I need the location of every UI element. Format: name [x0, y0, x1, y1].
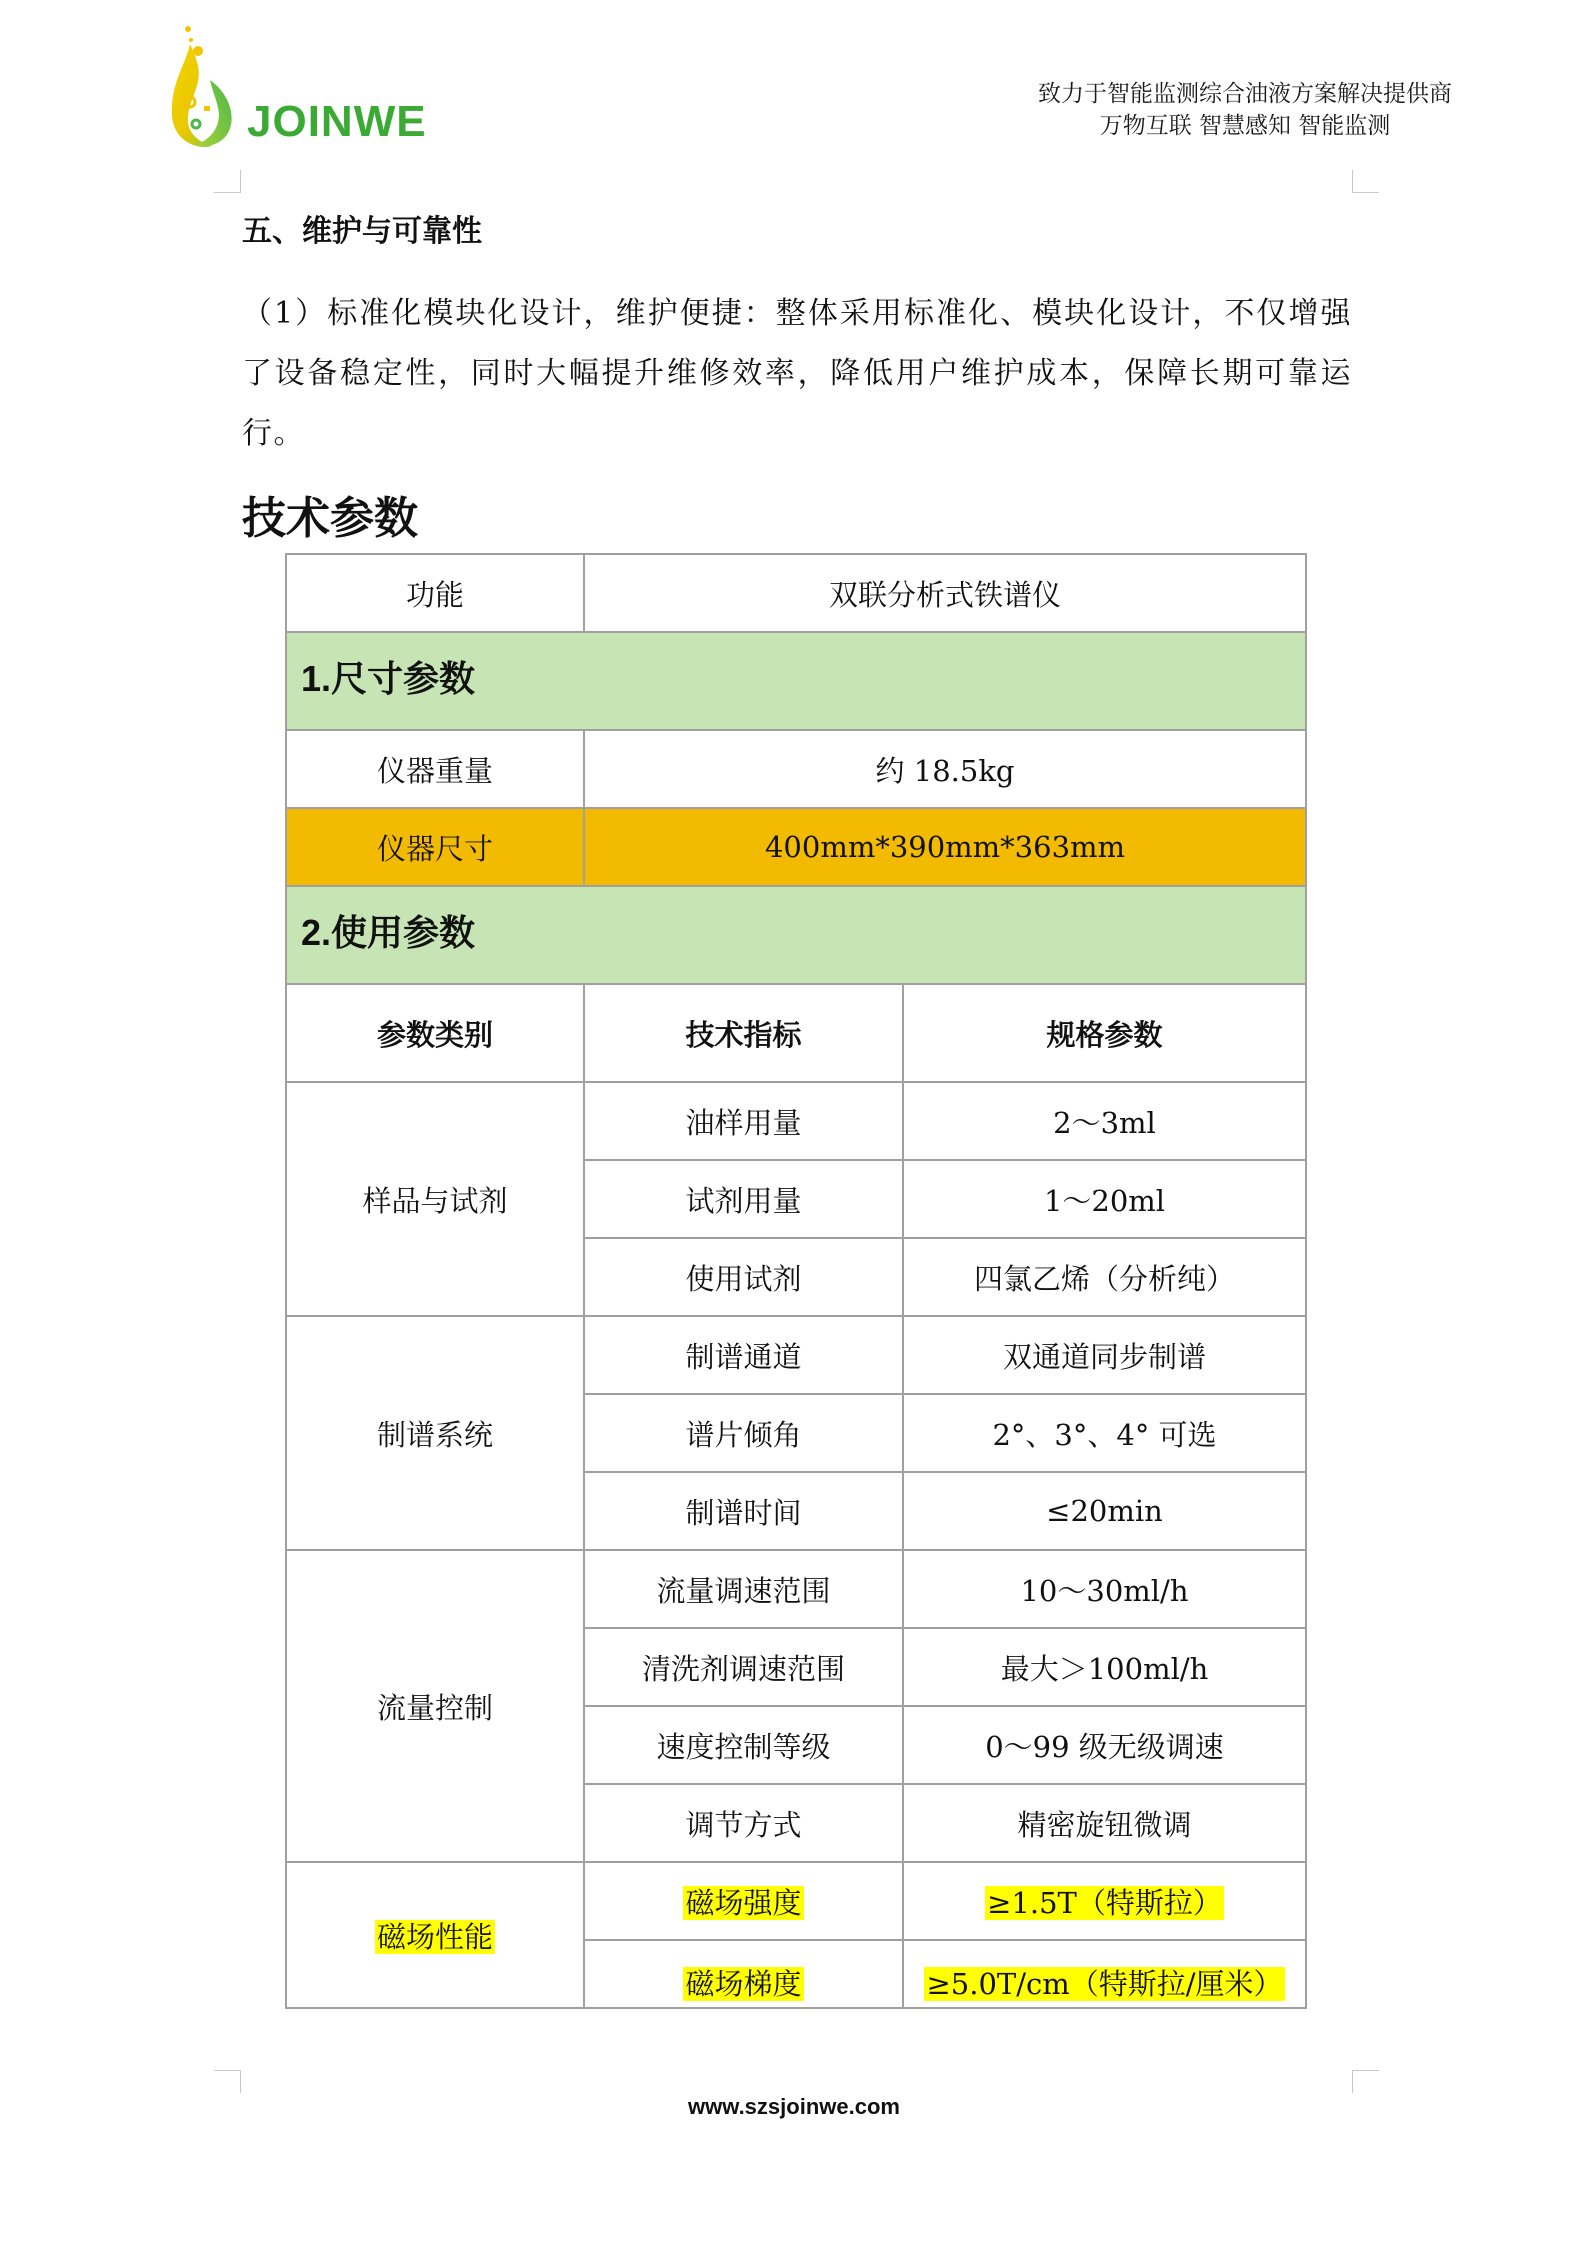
item-cell: 磁场强度	[584, 1862, 903, 1940]
weight-value: 约 18.5kg	[584, 730, 1306, 808]
function-label: 功能	[286, 554, 584, 632]
table-row-weight: 仪器重量 约 18.5kg	[286, 730, 1306, 808]
column-header-category: 参数类别	[286, 984, 584, 1082]
value-cell: 四氯乙烯（分析纯）	[903, 1238, 1306, 1316]
value-cell: 1～20ml	[903, 1160, 1306, 1238]
value-cell: ≥5.0T/cm（特斯拉/厘米）	[903, 1940, 1306, 2008]
category-cell: 磁场性能	[286, 1862, 584, 2008]
page-corner-mark-bottom-right	[1352, 2070, 1379, 2093]
dimension-label: 仪器尺寸	[286, 808, 584, 886]
spec-table: 功能 双联分析式铁谱仪 1.尺寸参数 仪器重量 约 18.5kg 仪器尺寸 40…	[285, 553, 1307, 2009]
table-row: 制谱系统 制谱通道 双通道同步制谱	[286, 1316, 1306, 1394]
page-corner-mark-top-left	[214, 170, 241, 193]
highlighted-text: 磁场梯度	[683, 1967, 803, 2001]
size-section-header: 1.尺寸参数	[286, 632, 1306, 730]
page-corner-mark-top-right	[1352, 170, 1379, 193]
item-cell: 试剂用量	[584, 1160, 903, 1238]
spec-title: 技术参数	[242, 482, 418, 546]
table-row-size-section: 1.尺寸参数	[286, 632, 1306, 730]
header-tagline: 致力于智能监测综合油液方案解决提供商 万物互联 智慧感知 智能监测	[1038, 78, 1452, 142]
value-cell: 精密旋钮微调	[903, 1784, 1306, 1862]
item-cell: 使用试剂	[584, 1238, 903, 1316]
value-cell: 最大＞100ml/h	[903, 1628, 1306, 1706]
value-cell: 双通道同步制谱	[903, 1316, 1306, 1394]
function-value: 双联分析式铁谱仪	[584, 554, 1306, 632]
column-header-value: 规格参数	[903, 984, 1306, 1082]
category-cell: 样品与试剂	[286, 1082, 584, 1316]
table-row: 样品与试剂 油样用量 2～3ml	[286, 1082, 1306, 1160]
item-cell: 流量调速范围	[584, 1550, 903, 1628]
value-cell: 10～30ml/h	[903, 1550, 1306, 1628]
category-cell: 流量控制	[286, 1550, 584, 1862]
item-cell: 制谱时间	[584, 1472, 903, 1550]
highlighted-text: 磁场强度	[683, 1886, 803, 1920]
item-cell: 磁场梯度	[584, 1940, 903, 2008]
table-row: 磁场性能 磁场强度 ≥1.5T（特斯拉）	[286, 1862, 1306, 1940]
usage-section-header: 2.使用参数	[286, 886, 1306, 984]
highlighted-text: ≥1.5T（特斯拉）	[985, 1886, 1224, 1920]
item-cell: 谱片倾角	[584, 1394, 903, 1472]
category-cell: 制谱系统	[286, 1316, 584, 1550]
item-cell: 清洗剂调速范围	[584, 1628, 903, 1706]
footer-website: www.szsjoinwe.com	[0, 2094, 1588, 2120]
value-cell: 2°、3°、4° 可选	[903, 1394, 1306, 1472]
table-row-function: 功能 双联分析式铁谱仪	[286, 554, 1306, 632]
item-cell: 速度控制等级	[584, 1706, 903, 1784]
section-heading: 五、维护与可靠性	[242, 206, 482, 250]
dimension-value: 400mm*390mm*363mm	[584, 808, 1306, 886]
weight-label: 仪器重量	[286, 730, 584, 808]
table-row-dimension: 仪器尺寸 400mm*390mm*363mm	[286, 808, 1306, 886]
table-row-usage-section: 2.使用参数	[286, 886, 1306, 984]
section-paragraph: （1）标准化模块化设计，维护便捷：整体采用标准化、模块化设计，不仅增强了设备稳定…	[242, 284, 1352, 464]
oil-drop-logo-icon	[168, 24, 240, 152]
tagline-line-2: 万物互联 智慧感知 智能监测	[1038, 110, 1452, 142]
highlighted-text: ≥5.0T/cm（特斯拉/厘米）	[924, 1967, 1284, 2001]
item-cell: 调节方式	[584, 1784, 903, 1862]
page-corner-mark-bottom-left	[214, 2070, 241, 2093]
table-row: 流量控制 流量调速范围 10～30ml/h	[286, 1550, 1306, 1628]
value-cell: ≤20min	[903, 1472, 1306, 1550]
company-logo: JOINWE	[168, 24, 438, 154]
item-cell: 油样用量	[584, 1082, 903, 1160]
value-cell: ≥1.5T（特斯拉）	[903, 1862, 1306, 1940]
value-cell: 2～3ml	[903, 1082, 1306, 1160]
tagline-line-1: 致力于智能监测综合油液方案解决提供商	[1038, 78, 1452, 110]
table-column-headers: 参数类别 技术指标 规格参数	[286, 984, 1306, 1082]
highlighted-text: 磁场性能	[375, 1920, 495, 1954]
logo-wordmark: JOINWE	[247, 100, 427, 144]
item-cell: 制谱通道	[584, 1316, 903, 1394]
value-cell: 0～99 级无级调速	[903, 1706, 1306, 1784]
column-header-item: 技术指标	[584, 984, 903, 1082]
